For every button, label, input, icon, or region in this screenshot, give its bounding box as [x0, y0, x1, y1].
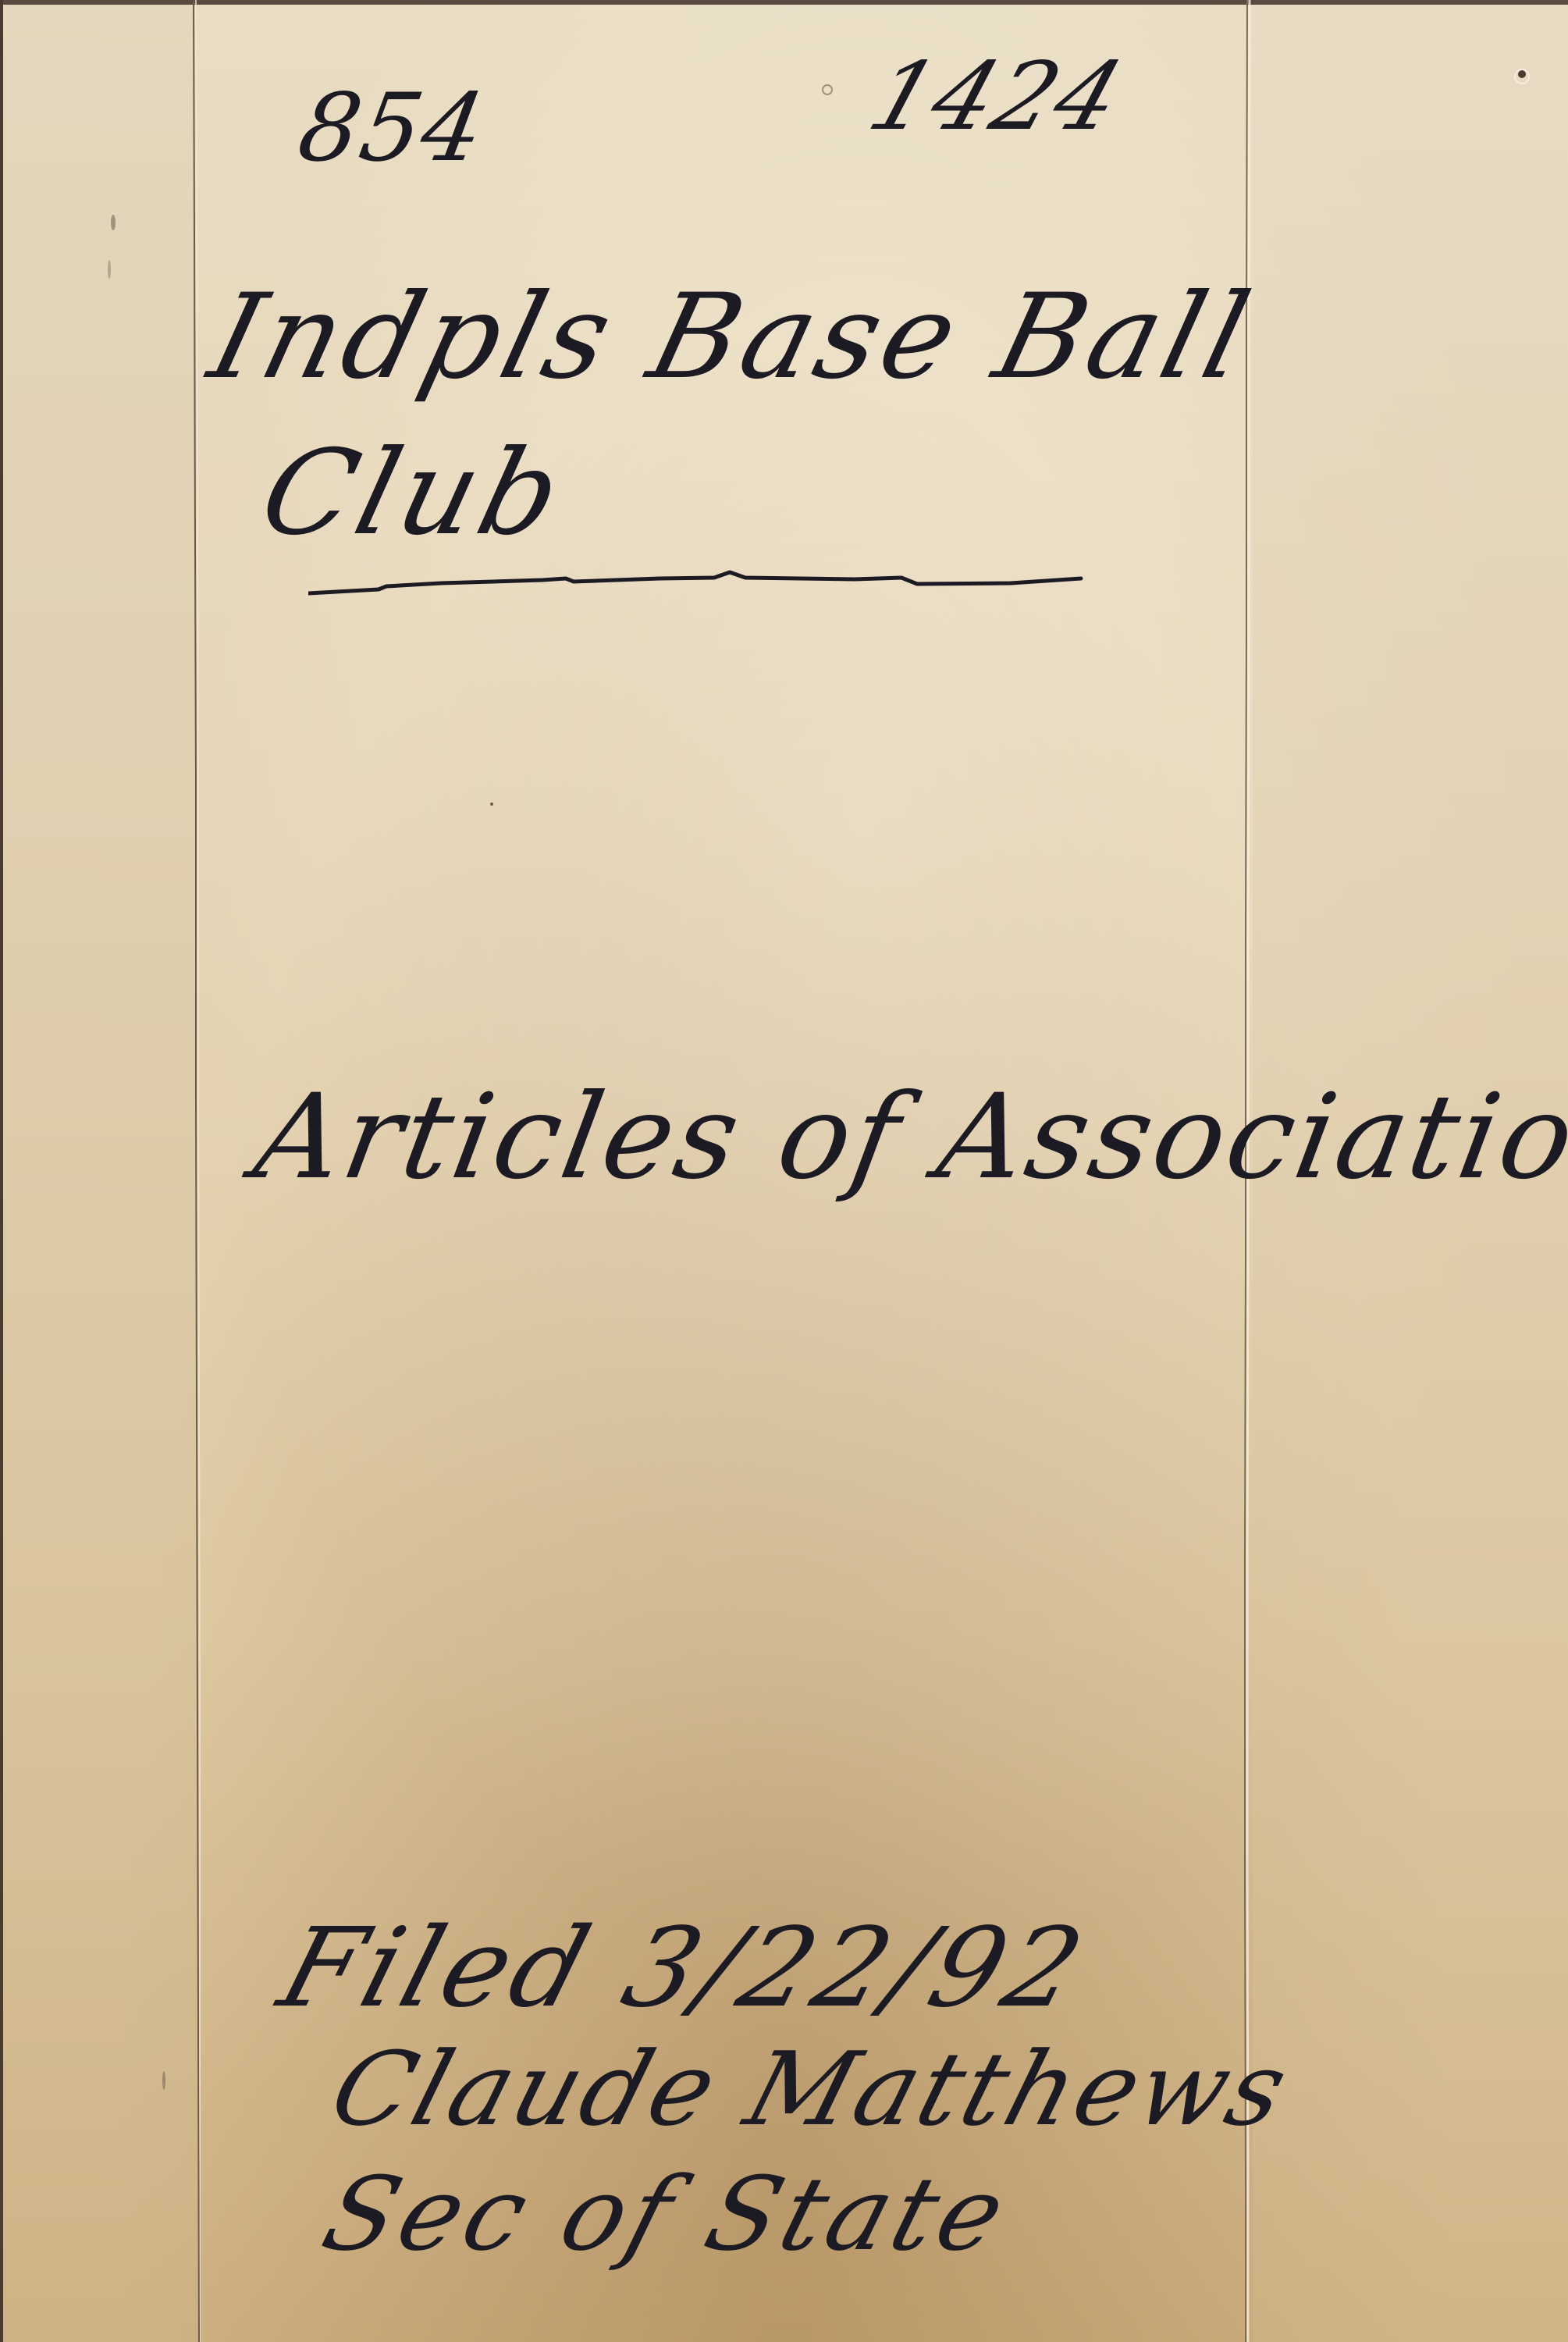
title-line-1: Indpls Base Ball [197, 269, 1266, 405]
document-page: 854 1424 Indpls Base Ball Club Articles … [0, 0, 1568, 2342]
title-line-2: Club [248, 425, 578, 561]
reference-number-left: 854 [291, 74, 494, 183]
filed-date: Filed 3/22/92 [267, 1905, 1100, 2032]
title-underline-flourish [308, 566, 1089, 605]
reference-number-right: 1424 [856, 43, 1136, 151]
document-subject: Articles of Association [246, 1070, 1568, 1205]
filed-by-signature: Claude Matthews [318, 2030, 1303, 2148]
filed-by-title: Sec of State [311, 2155, 1022, 2273]
